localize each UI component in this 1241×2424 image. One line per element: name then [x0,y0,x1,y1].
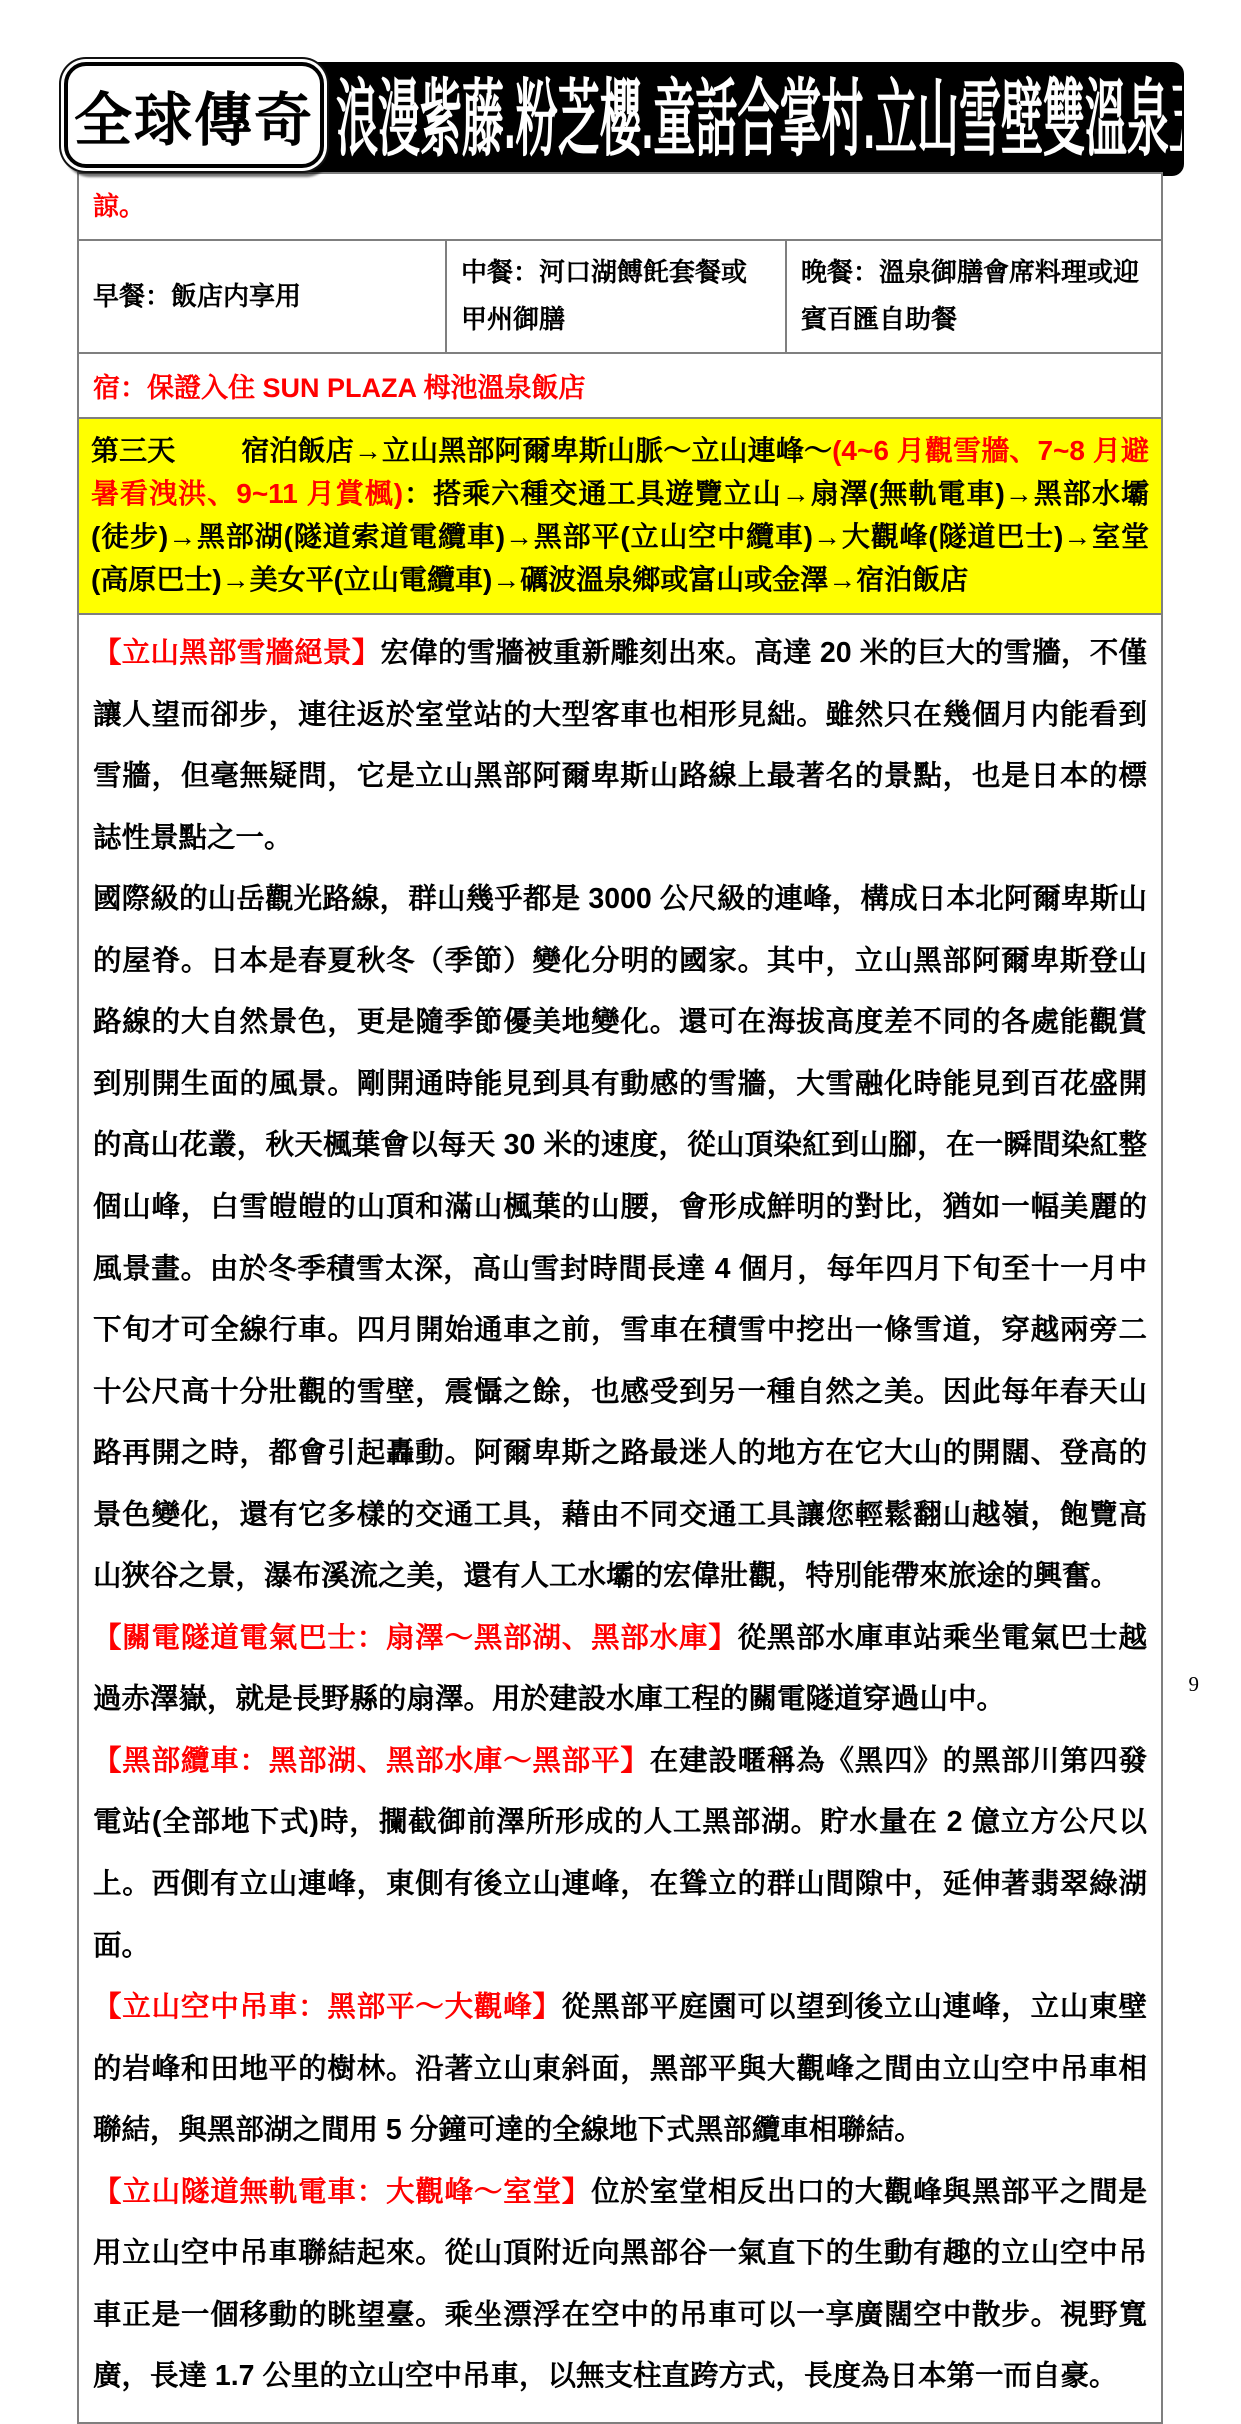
dinner-text: 晚餐：溫泉御膳會席料理或迎賓百匯自助餐 [801,257,1139,334]
section-alpine-route-body: 國際級的山岳觀光路線，群山幾乎都是 3000 公尺級的連峰，構成日本北阿爾卑斯山… [93,883,1147,1592]
section-trolley-bus-header: 【關電隧道電氣巴士：扇澤～黑部湖、黑部水庫】 [93,1622,738,1654]
section-snow-wall-header: 【立山黑部雪牆絕景】 [93,637,380,669]
lunch-cell: 中餐：河口湖餺飥套餐或甲州御膳 [445,241,787,352]
meals-row: 早餐：飯店内享用 中餐：河口湖餺飥套餐或甲州御膳 晚餐：溫泉御膳會席料理或迎賓百… [79,241,1161,354]
lodging-row: 宿：保證入住 SUN PLAZA 栂池溫泉飯店 [79,354,1161,419]
section-ropeway-header: 【立山空中吊車：黑部平～大觀峰】 [93,1991,562,2023]
description-section: 【立山黑部雪牆絕景】宏偉的雪牆被重新雕刻出來。高達 20 米的巨大的雪牆，不僅讓… [79,615,1161,2422]
breakfast-cell: 早餐：飯店内享用 [79,241,445,352]
tour-title-banner: 浪漫紫藤.粉芝櫻.童話合掌村.立山雪壁雙溫泉五日 [278,64,1182,174]
day3-route-before: 宿泊飯店→立山黑部阿爾卑斯山脈～立山連峰～ [241,435,832,466]
lodging-text: 宿：保證入住 SUN PLAZA 栂池溫泉飯店 [93,373,586,403]
company-logo: 全球傳奇 [64,62,324,168]
section-snow-wall-body: 宏偉的雪牆被重新雕刻出來。高達 20 米的巨大的雪牆，不僅讓人望而卻步，連往返於… [93,637,1147,854]
page-number: 9 [1189,1672,1200,1697]
day3-label: 第三天 [91,435,175,466]
continuation-text: 諒。 [93,191,145,221]
breakfast-text: 早餐：飯店内享用 [93,273,301,320]
section-kurobe-cablecar-header: 【黑部纜車：黑部湖、黑部水庫～黑部平】 [93,1745,650,1777]
lunch-text: 中餐：河口湖餺飥套餐或甲州御膳 [461,257,747,334]
section-alpine-route: 國際級的山岳觀光路線，群山幾乎都是 3000 公尺級的連峰，構成日本北阿爾卑斯山… [93,869,1147,1608]
section-tunnel-trolley-header: 【立山隧道無軌電車：大觀峰～室堂】 [93,2176,591,2208]
itinerary-table: 諒。 早餐：飯店内享用 中餐：河口湖餺飥套餐或甲州御膳 晚餐：溫泉御膳會席料理或… [77,172,1163,2424]
tour-title: 浪漫紫藤.粉芝櫻.童話合掌村.立山雪壁雙溫泉五日 [336,77,1182,161]
section-kurobe-cablecar-body: 在建設暱稱為《黑四》的黑部川第四發電站(全部地下式)時，攔截御前澤所形成的人工黑… [93,1745,1147,1962]
section-trolley-bus: 【關電隧道電氣巴士：扇澤～黑部湖、黑部水庫】從黑部水庫車站乘坐電氣巴士越過赤澤嶽… [93,1608,1147,1731]
section-snow-wall: 【立山黑部雪牆絕景】宏偉的雪牆被重新雕刻出來。高達 20 米的巨大的雪牆，不僅讓… [93,623,1147,869]
section-tunnel-trolley-body: 位於室堂相反出口的大觀峰與黑部平之間是用立山空中吊車聯結起來。從山頂附近向黑部谷… [93,2176,1147,2393]
company-logo-text: 全球傳奇 [74,73,314,157]
day3-route-row: 第三天宿泊飯店→立山黑部阿爾卑斯山脈～立山連峰～(4~6 月觀雪牆、7~8 月避… [79,419,1161,615]
section-tunnel-trolley: 【立山隧道無軌電車：大觀峰～室堂】位於室堂相反出口的大觀峰與黑部平之間是用立山空… [93,2162,1147,2408]
section-ropeway: 【立山空中吊車：黑部平～大觀峰】從黑部平庭園可以望到後立山連峰，立山東壁的岩峰和… [93,1977,1147,2162]
section-kurobe-cablecar: 【黑部纜車：黑部湖、黑部水庫～黑部平】在建設暱稱為《黑四》的黑部川第四發電站(全… [93,1731,1147,1977]
continuation-text-row: 諒。 [79,174,1161,241]
page-header: 全球傳奇 浪漫紫藤.粉芝櫻.童話合掌村.立山雪壁雙溫泉五日 [64,62,1182,174]
dinner-cell: 晚餐：溫泉御膳會席料理或迎賓百匯自助餐 [787,241,1161,352]
